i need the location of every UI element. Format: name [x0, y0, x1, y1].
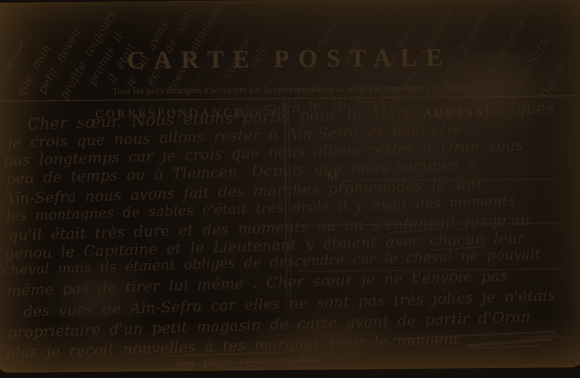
message-line-crossed-out: les plus respectueux — [175, 353, 321, 372]
postcard: CARTE POSTALE Tous les pays étrangers n'… — [0, 0, 580, 373]
signature-flourish — [521, 327, 580, 373]
postcard-photo: CARTE POSTALE Tous les pays étrangers n'… — [0, 0, 580, 378]
